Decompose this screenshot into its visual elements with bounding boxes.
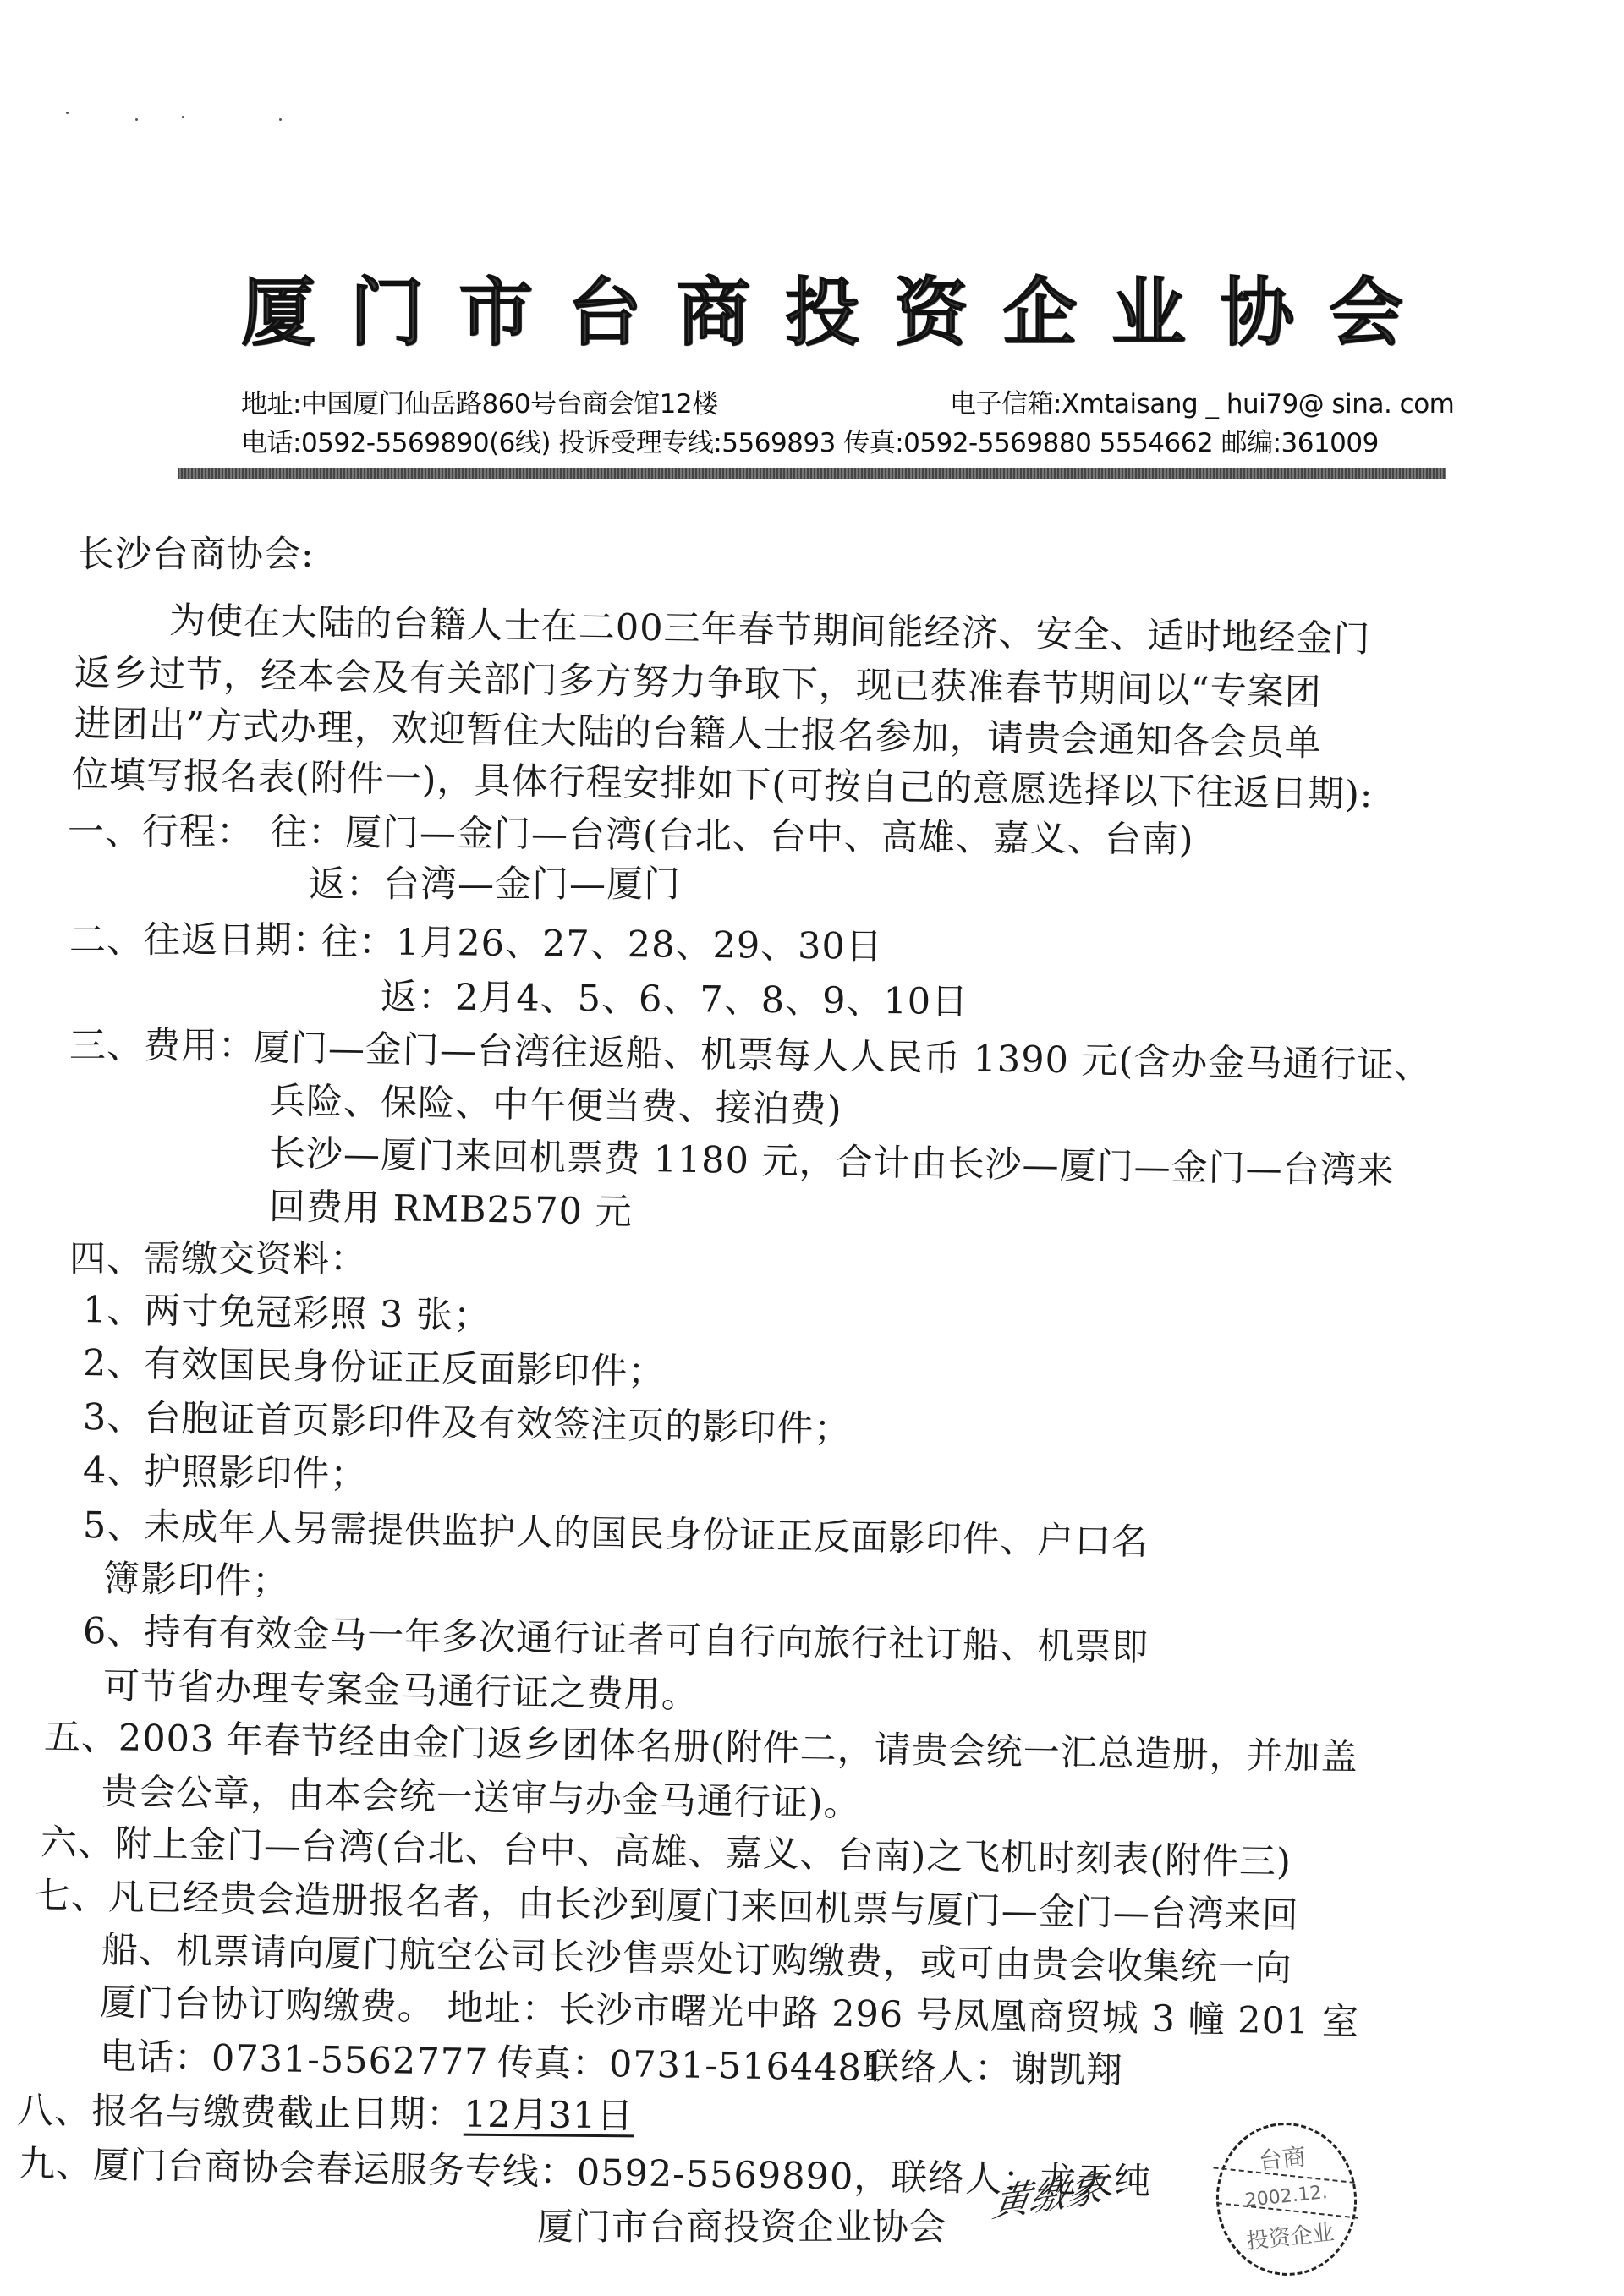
stamp-text-top: 台商 bbox=[1213, 2134, 1351, 2182]
deadline-line: 八、报名与缴费截止日期：12月31日 bbox=[17, 2082, 634, 2139]
scan-speck bbox=[135, 118, 138, 121]
document-item: 2、有效国民身份证正反面影印件； bbox=[83, 1334, 666, 1395]
itinerary-return: 返：台湾—金门—厦门 bbox=[309, 856, 681, 907]
letterhead-email: 电子信箱:Xmtaisang _ hui79@ sina. com bbox=[950, 382, 1454, 420]
official-seal-stamp: 台商 2002.12. 投资企业 bbox=[1209, 2116, 1364, 2282]
dates-outbound: 往：1月26、27、28、29、30日 bbox=[321, 913, 883, 970]
deadline-date: 12月31日 bbox=[464, 2094, 634, 2138]
document-item: 簿影印件； bbox=[103, 1550, 290, 1604]
booking-phone: 电话：0731-5562777 bbox=[100, 2028, 489, 2085]
scan-speck bbox=[66, 112, 69, 114]
fees-line: 回费用 RMB2570 元 bbox=[269, 1178, 634, 1236]
document-item: 3、台胞证首页影印件及有效签注页的影印件； bbox=[83, 1389, 852, 1452]
document-item: 1、两寸免冠彩照 3 张； bbox=[83, 1281, 491, 1340]
scan-speck bbox=[182, 116, 184, 118]
letterhead-title: 厦门市台商投资企业协会 bbox=[241, 254, 1408, 360]
letterhead-contact: 电话:0592-5569890(6线) 投诉受理专线:5569893 传真:05… bbox=[241, 421, 1379, 459]
itinerary-outbound: 往：厦门—金门—台湾(台北、台中、高雄、嘉义、台南) bbox=[271, 803, 1194, 863]
dates-heading: 二、往返日期： bbox=[69, 912, 330, 963]
documents-heading: 四、需缴交资料： bbox=[69, 1230, 367, 1282]
fees-heading: 三、费用： bbox=[69, 1017, 255, 1069]
letterhead-divider bbox=[178, 468, 1446, 479]
booking-fax: 传真：0731-5164481 bbox=[497, 2034, 886, 2091]
document-item: 4、护照影印件； bbox=[83, 1442, 368, 1498]
fees-line: 兵险、保险、中午便当费、接泊费) bbox=[269, 1072, 843, 1133]
hotline-line: 九、厦门台商协会春运服务专线：0592-5569890，联络人：尤天纯 bbox=[19, 2135, 1152, 2205]
stamp-text-bottom: 投资企业 bbox=[1221, 2213, 1359, 2259]
dates-return: 返：2月4、5、6、7、8、9、10日 bbox=[381, 968, 969, 1025]
document-item: 可节省办理专案金马通行证之费用。 bbox=[103, 1658, 700, 1718]
signoff-org: 厦门市台商投资企业协会 bbox=[537, 2199, 946, 2250]
booking-contact: 联络人：谢凯翔 bbox=[863, 2038, 1124, 2094]
deadline-label: 八、报名与缴费截止日期： bbox=[17, 2090, 464, 2136]
salutation: 长沙台商协会: bbox=[78, 526, 315, 578]
scan-speck bbox=[279, 118, 282, 121]
itinerary-heading: 一、行程： bbox=[68, 803, 254, 855]
letterhead-address: 地址:中国厦门仙岳路860号台商会馆12楼 bbox=[241, 382, 718, 420]
scanned-letter-page: 厦门市台商投资企业协会 地址:中国厦门仙岳路860号台商会馆12楼 电子信箱:X… bbox=[0, 0, 1624, 2296]
